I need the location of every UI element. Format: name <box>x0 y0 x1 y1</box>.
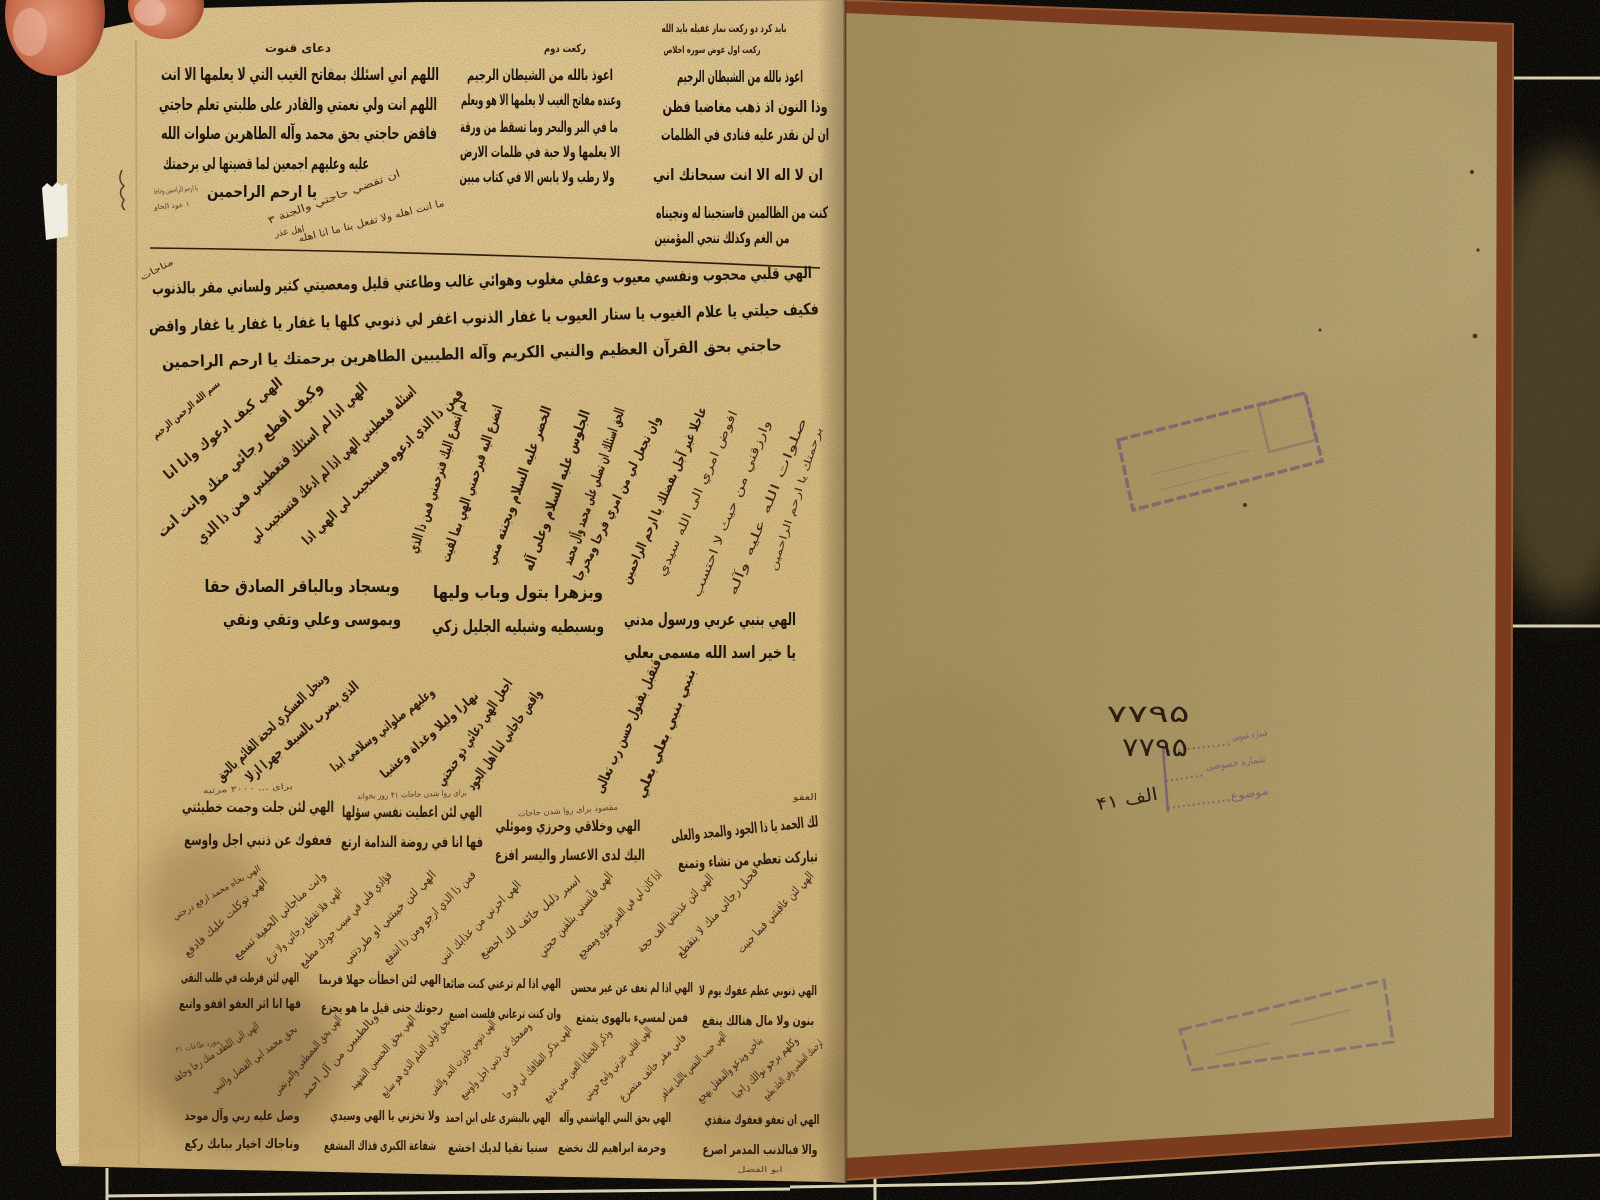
qunut-heading: دعای قنوت <box>265 41 331 56</box>
qunut-line: عليه وعليهم اجمعين لما قضيتها لي برحمتك <box>163 154 369 174</box>
verse-caption: العفو <box>792 793 817 803</box>
verse-line: الهي ان تعفو فعفوك منقذي <box>705 1113 820 1128</box>
verse-line: فمن لمسيء بالهوى يتمتع <box>576 1011 688 1026</box>
verse-line: الهي بحق النبي الهاشمي وآله <box>559 1109 671 1126</box>
ghufayla-heading: رکعت اول عوض سوره اخلاص <box>664 45 761 56</box>
verse-line: اليك لدى الاعسار واليسر افزع <box>495 846 645 864</box>
qunut-line: فاقض حاجتي بحق محمد وآله الطاهرين صلوات … <box>161 122 437 144</box>
second-rakat-line: ما في البر والبحر وما تسقط من ورقة <box>460 118 618 136</box>
verse-line: فعفوك عن ذنبي اجل واوسع <box>184 831 332 849</box>
second-rakat-line: ولا رطب ولا يابس الا في كتاب مبين <box>460 168 615 186</box>
ghufayla-heading: باید کرد دو رکعت نماز غفیله باید الله <box>662 22 787 35</box>
paper-tab <box>42 182 68 240</box>
ghufayla-line: من الغم وكذلك ننجي المؤمنين <box>655 229 790 247</box>
left-page: دعای قنوت اللهم اني اسئلك بمفاتح الغيب ا… <box>42 0 850 1190</box>
verse-line: وبزهرا بتول وباب وليها <box>433 583 603 603</box>
board-speck <box>1470 170 1474 174</box>
verse-line: وحرمة ابراهيم لك نخضع <box>558 1141 666 1156</box>
fingernail <box>13 8 47 56</box>
verse-line: الهي اذا لم ترعني كنت ضائعا <box>443 977 561 992</box>
right-board: شماره عمومی شماره خصوصی موضوع ۷۷۹۵ ۷۷۹۵ … <box>800 0 1520 1180</box>
verse-line: الهي لئن اعطيت نفسي سؤلها <box>342 803 482 821</box>
verse-line: الهي اذا لم تعف عن غير محسن <box>571 981 693 996</box>
catalog-number-1: ۷۷۹۵ <box>1107 700 1190 728</box>
qunut-line: اللهم اني اسئلك بمفاتح الغيب التي لا يعل… <box>161 65 439 85</box>
board-speck <box>1243 503 1247 507</box>
verse-line: فها انا اثر العفو اقفو واتبع <box>179 997 301 1012</box>
second-rakat-line: اعوذ بالله من الشيطان الرجيم <box>467 66 613 84</box>
verse-line: شفاعة الكبرى فذاك المشفع <box>324 1139 436 1154</box>
verse-line: الهي وخلاقي وحرزي وموئلي <box>496 817 641 836</box>
second-rakat-line: الا يعلمها ولا حبة في ظلمات الارض <box>460 143 620 161</box>
verse-line: وبسجاد وبالباقر الصادق حقا <box>205 577 400 597</box>
qunut-line: يا ارحم الراحمين <box>207 182 317 201</box>
verse-footnote: ابو الفضل <box>738 1165 783 1174</box>
board-grain <box>840 0 1520 1180</box>
verse-line: الهي بالبشرى على ابن احمد <box>446 1111 551 1126</box>
verse-line: ولا تخزني يا الهي وسيدي <box>330 1109 440 1124</box>
catalog-number-2: ۷۷۹۵ <box>1122 733 1188 763</box>
verse-line: سنيا نقيا لديك اخشع <box>448 1141 548 1156</box>
verse-line: وناجاك اخيار ببابك ركع <box>185 1137 300 1152</box>
qunut-line: اللهم انت ولي نعمتي والقادر على طلبتي تع… <box>159 95 437 115</box>
verse-line: وبموسى وعلي وتقي ونقي <box>223 610 401 630</box>
verse-line: بنون ولا مال هنالك ينفع <box>702 1014 814 1029</box>
second-rakat-line: وعنده مفاتح الغيب لا يعلمها الا هو ويعلم <box>461 91 621 109</box>
verse-line: الهي ذنوبي عظم عفوك يوم لا <box>699 984 817 999</box>
gutter-line <box>845 0 846 1183</box>
manuscript-photo: شماره عمومی شماره خصوصی موضوع ۷۷۹۵ ۷۷۹۵ … <box>0 0 1600 1200</box>
board-speck <box>1476 248 1479 251</box>
board-speck <box>1473 334 1478 339</box>
ghufayla-line: ان لن نقدر عليه فنادى في الظلمات <box>661 125 829 145</box>
verse-line: فها انا في روضة الندامة ارتع <box>341 833 483 851</box>
verse-line: وصل عليه ربي وآل موحد <box>185 1107 300 1124</box>
board-speck <box>1319 329 1322 332</box>
ghufayla-line: ان لا اله الا انت سبحانك اني <box>653 165 823 185</box>
verse-line: الهي بنبي عربي ورسول مدني <box>624 610 796 630</box>
second-rakat-heading: رکعت دوم <box>544 42 586 55</box>
verse-line: الهي لئن جلت وجمت خطيئتي <box>182 798 334 816</box>
verse-line: والا فبالذنب المدمر اصرع <box>703 1143 818 1158</box>
verse-line: الهي لئن فرطت في طلب التقى <box>181 971 299 986</box>
ghufayla-line: كنت من الظالمين فاستجبنا له ونجيناه <box>656 203 828 222</box>
verse-line: وان كنت ترعاني فلست اضيع <box>449 1007 561 1022</box>
ghufayla-line: وذا النون اذ ذهب مغاضبا فظن <box>663 97 828 116</box>
ghufayla-line: اعوذ بالله من الشيطان الرجيم <box>677 67 803 86</box>
verse-line: وبسبطيه وشبليه الجليل زكي <box>432 617 604 637</box>
verse-line: رجوتك حتى قيل ما هو يجزع <box>321 1001 443 1016</box>
verse-line: الهي لئن اخطأت جهلا فربما <box>319 971 441 988</box>
